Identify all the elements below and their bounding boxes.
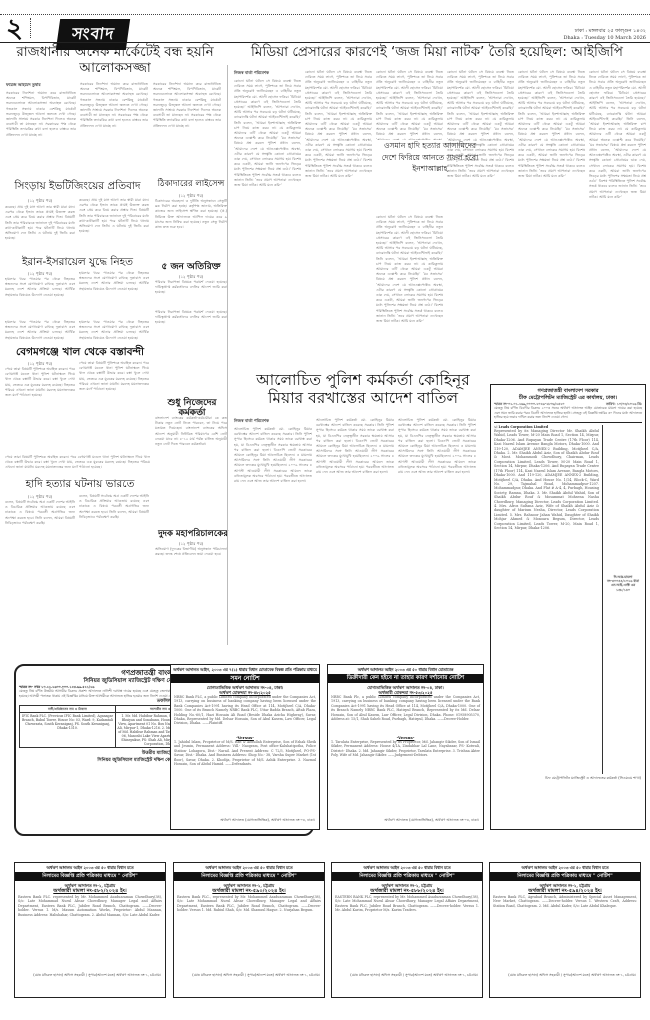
story-singra-col2: করেছে। প্রায় দুই মাস আগে তার স্বামী মার… — [79, 198, 149, 253]
story-igp-col3b: কোনো ঘটনা ঘটলে সে বিষয়ে ব্যবস্থা নিতে দ… — [376, 215, 443, 365]
masthead-rule-bottom — [0, 42, 650, 43]
notice-case: অর্থজারী মামলা নং-৫৮৮/২০২৪ ইং। — [332, 888, 482, 895]
notice-title-bar: নিলামের বিজ্ঞপ্তি প্রতি পত্রিকায় মাধ্যম… — [490, 872, 640, 881]
story-iran-col2: হামলার খবর পাওয়ার পর থেকে নিহতের স্বজনদ… — [79, 271, 149, 317]
notice-body: NRBC Bank PLC, a public Limited company … — [171, 695, 319, 735]
divider — [494, 422, 642, 423]
article-body: আলোচিত পুলিশ কর্মকর্তা মো. কোহিনূর মিয়া… — [234, 427, 312, 647]
story-igp-col4: কোনো ঘটনা ঘটলে সে বিষয়ে ব্যবস্থা নিতে দ… — [447, 70, 514, 366]
masthead-date: ঢাকা : মঙ্গলবার ২৫ ফাল্গুন ১৪৩২ Dhaka : … — [563, 28, 646, 42]
notice-signature: অর্থঋণ আদালত (যোগ্যতাভিত্তিক), অর্থঋণ আদ… — [328, 818, 483, 823]
article-body: সরকারের নির্দেশনা অমান্য করে রাজধানীতে অ… — [6, 91, 76, 176]
story-kohinur-col3: আলোচিত পুলিশ কর্মকর্তা মো. কোহিনূর মিয়া… — [398, 418, 476, 645]
byline: ফয়েজ আহমেদ তুষার — [6, 82, 76, 89]
headline-iran: ইরান-ইসরায়েল যুদ্ধে নিহত — [5, 256, 150, 268]
notice-signature: অর্থঋণ আদালত (যোগ্যতাভিত্তিক), অর্থঋণ আদ… — [171, 818, 319, 823]
page-number: ২ — [6, 16, 23, 42]
headline-hadi-india: হাদি হত্যার ঘটনায় ভারতে — [5, 478, 155, 490]
story-markets-col2: সরকারের নির্দেশনা অমান্য করে রাজধানীতে অ… — [80, 82, 148, 177]
notice-cmm-court: গণপ্রজাতন্ত্রী বাংলাদেশ সরকার চীফ মেট্রো… — [490, 384, 646, 830]
story-begumganj-col1: পেয়ে তারা বিষয়টি পুলিশকে অবহিত করেন। প… — [5, 367, 75, 452]
notice-defendants: 1. Jahidul Islam, Proprietor of M/S. Raf… — [171, 740, 319, 818]
headline-kohinur: আলোচিত পুলিশ কর্মকর্তা কোহিনূর মিয়ার বর… — [238, 372, 488, 408]
notice-title: গণপ্রজাতন্ত্রী বাংলাদেশ সরকার — [491, 388, 645, 395]
continued-label: (১২ পৃষ্ঠার পর) — [5, 198, 75, 205]
story-kohinur-col2: আলোচিত পুলিশ কর্মকর্তা মো. কোহিনূর মিয়া… — [316, 418, 394, 645]
notice-eastern-bank-1: অর্থঋণ আদালত আইন ২০০৩ এর ৫০ ধারার বিধান … — [14, 862, 166, 998]
col-plaintiff: বাদী/প্রতিষ্ঠানের নাম ও ঠিকানা — [20, 706, 116, 713]
headline-begumganj: বেগমগঞ্জে খাল থেকে বস্তাবন্দী — [5, 346, 155, 358]
notice-title-bar: সমন নোটিশ — [171, 674, 319, 683]
masthead-divider — [30, 18, 31, 38]
notice-subtitle: চীফ মেট্রোপলিটন ম্যাজিস্ট্রেট এর কার্যাল… — [491, 395, 645, 402]
notice-side-ref: দি.আর.মামলা নং-৩০০৪৪/২০২৬ ধারা এন.আই.এ্য… — [603, 425, 643, 774]
story-kohinur-col1: নিজস্ব বার্তা পরিবেশক আলোচিত পুলিশ কর্মক… — [234, 418, 312, 645]
story-own-officer-body: বাংলাদেশ ব্যাংকের কর্মকর্তা-কর্মচারীরা ক… — [155, 416, 227, 528]
notice-eastern-bank-2: অর্থঋণ আদালত আইন ২০০৩ এর ৫০ ধারার বিধান … — [173, 862, 325, 998]
notice-title-bar: নিলামের বিজ্ঞপ্তি প্রতি পত্রিকায় মাধ্যম… — [332, 872, 482, 881]
notice-case: অর্থজারী মামলা নং-৫৯৪/২০২৪ ইং। — [490, 888, 640, 895]
notice-title-bar: ডিক্রীদারী কেন হইবে না তাহার কারণ দর্শান… — [328, 674, 483, 683]
notice-parties-row: ১। Leads Corporation Limited Represented… — [491, 425, 645, 774]
date-bengali: ঢাকা : মঙ্গলবার ২৫ ফাল্গুন ১৪৩২ — [563, 28, 646, 35]
notice-case: অর্থজারী মামলা নং-৫৯০/২০২৪ ইং। — [174, 888, 324, 895]
notice-title-bar: নিলামের বিজ্ঞপ্তি প্রতি পত্রিকায় মাধ্যম… — [15, 872, 165, 881]
parties-text: Represented by its Managing Director Mr.… — [491, 429, 602, 774]
column-rule — [227, 65, 228, 645]
story-begumganj-cont: পেয়ে তারা বিষয়টি পুলিশকে অবহিত করেন। প… — [5, 455, 150, 475]
notice-signature: (মোঃ মনিরুল হাসান) অফিস সহকারী / সুপার(আ… — [332, 973, 482, 978]
notice-body: NRBC Bank Plc, a public Limited company … — [328, 695, 483, 735]
story-igp-col1: নিজস্ব বার্তা পরিবেশক কোনো ঘটনা ঘটলে সে … — [234, 70, 301, 366]
byline: নিজস্ব বার্তা পরিবেশক — [234, 70, 301, 77]
notice-defendants: 1. Tarulata Enterprise, Represented by i… — [328, 740, 483, 818]
notice-signature: (মোঃ মনিরুল হাসান) অফিস সহকারী / সুপার(আ… — [490, 973, 640, 978]
notice-summons: অর্থঋণ আদালত আইন, ২০০৩ এর ৭(১) ধারার বিধ… — [170, 664, 320, 830]
story-markets-col3: সরকারের নির্দেশনা অমান্য করে রাজধানীতে অ… — [153, 82, 221, 177]
headline-markets: রাজধানীর অনেক মার্কেটেই বন্ধ হয়নি আলোকস… — [10, 45, 220, 76]
notice-signature: (মোঃ মনিরুল হাসান) অফিস সহকারী / সুপার(আ… — [15, 973, 165, 978]
headline-dudak: দুদক মহাপরিচালকের — [153, 530, 233, 540]
headline-five-officers: ৫ জন অতিরিক্ত — [155, 262, 227, 272]
notice-body: Eastern Bank PLC. represented by Mr. Moh… — [15, 895, 165, 973]
notice-law: অর্থঋণ আদালত আইন ২০০৩ এর ৫০ ধারার বিধান … — [332, 865, 482, 870]
notice-body: Eastern Bank PLC, Agrabad Branch, Admini… — [490, 895, 640, 973]
notice-parties: ১। Leads Corporation Limited Represented… — [491, 425, 603, 774]
notice-body: Eastern Bank PLC., represented by Mr. Mo… — [174, 895, 324, 973]
date-english: Dhaka : Tuesday 10 March 2026 — [563, 35, 646, 42]
story-begumganj-col2: পেয়ে তারা বিষয়টি পুলিশকে অবহিত করেন। প… — [79, 361, 149, 452]
story-igp-col6: কোনো ঘটনা ঘটলে সে বিষয়ে ব্যবস্থা নিতে দ… — [589, 70, 646, 366]
article-body: কোনো ঘটনা ঘটলে সে বিষয়ে ব্যবস্থা নিতে দ… — [234, 79, 301, 367]
notice-show-cause: অর্থঋণ আদালত আইন ২০০৩ এর ৫০ ধারার বিধান … — [327, 664, 484, 830]
notice-case: অর্থজারী মামলা নং-৫৮২/২০২৪ ইং। — [15, 888, 165, 895]
notice-body: EASTERN BANK PLC, represented by Mr. Moh… — [332, 895, 482, 973]
story-iran-cont: হামলার খবর পাওয়ার পর থেকে নিহতের স্বজনদ… — [5, 320, 75, 344]
notice-signature: (মোঃ মনিরুল হাসান) অফিস সহকারী / সুপার(আ… — [174, 973, 324, 978]
headline-license: ঠিকাদারের লাইসেন্স — [155, 180, 227, 190]
notice-body: যেহেতু নিম্ন বর্ণিত বিবাদীর বিরুদ্ধে ২০০… — [491, 406, 645, 419]
notice-footer: চিফ মেট্রোপলিটন ম্যাজিস্ট্রেট ও আদালতের … — [491, 776, 645, 781]
story-hadi-india-col2: বলেন, বিষয়টি সর্বোচ্চে অগ্র একটি দেশের … — [79, 494, 149, 645]
byline: নিজস্ব বার্তা পরিবেশক — [234, 418, 312, 425]
notice-law: অর্থঋণ আদালত আইন ২০০৩ এর ৫০ ধারার বিধান … — [174, 865, 324, 870]
notice-law: অর্থঋণ আদালত আইন ২০০৩ এর ৫০ ধারার বিধান … — [15, 865, 165, 870]
headline-igp: মিডিয়া প্রেসারের কারণেই ‘জজ মিয়া নাটক’… — [228, 45, 646, 61]
notice-law: অর্থঋণ আদালত আইন ২০০৩ এর ৫০ ধারার বিধান … — [328, 667, 483, 672]
masthead-rule-top — [0, 14, 650, 15]
story-five-officers-body: পরিবার নিরাপত্তা বিষয়ক পরামর্শ দেওয়া হ… — [155, 280, 227, 307]
cell-plaintiff: IFIC Bank PLC. (Previous IFIC Bank Limit… — [20, 713, 116, 748]
story-dudak-body: অভিযোগ (দুদকের বিভাগীয়) অনুসন্ধান পরিচা… — [155, 547, 227, 645]
notice-law: অর্থঋণ আদালত আইন ২০০৩ এর ৫০ ধারার বিধান … — [490, 865, 640, 870]
story-igp-col2: কোনো ঘটনা ঘটলে সে বিষয়ে ব্যবস্থা নিতে দ… — [305, 70, 372, 366]
story-hadi-india-col1: বলেন, বিষয়টি সর্বোচ্চে অগ্র একটি দেশের … — [5, 500, 75, 645]
story-singra-col1: করেছে। প্রায় দুই মাস আগে তার স্বামী মার… — [5, 205, 75, 253]
story-igp-col3: কোনো ঘটনা ঘটলে সে বিষয়ে ব্যবস্থা নিতে দ… — [376, 70, 443, 140]
headline-singra: সিংড়ায় ইভটিজিংয়ের প্রতিবাদ — [5, 180, 150, 192]
story-igp-col5: কোনো ঘটনা ঘটলে সে বিষয়ে ব্যবস্থা নিতে দ… — [518, 70, 585, 366]
story-five-officers-cont: পরিবার নিরাপত্তা বিষয়ক পরামর্শ দেওয়া হ… — [155, 310, 227, 395]
notice-law: অর্থঋণ আদালত আইন, ২০০৩ এর ৭(১) ধারার বিধ… — [171, 667, 319, 672]
story-markets-col1: ফয়েজ আহমেদ তুষার সরকারের নির্দেশনা অমান… — [6, 82, 76, 177]
notice-eastern-bank-3: অর্থঋণ আদালত আইন ২০০৩ এর ৫০ ধারার বিধান … — [331, 862, 483, 998]
story-iran-cont2: হামলার খবর পাওয়ার পর থেকে নিহতের স্বজনদ… — [79, 320, 149, 344]
story-iran-col1: হামলার খবর পাওয়ার পর থেকে নিহতের স্বজনদ… — [5, 277, 75, 317]
notice-eastern-bank-4: অর্থঋণ আদালত আইন ২০০৩ এর ৫০ ধারার বিধান … — [489, 862, 641, 998]
notice-title-bar: নিলামের বিজ্ঞপ্তি প্রতি পত্রিকায় মাধ্যম… — [174, 872, 324, 881]
story-license-body: ঠিকাদারের অবহেলা ও দুর্নীতি অনুসন্ধানে স… — [155, 199, 227, 251]
